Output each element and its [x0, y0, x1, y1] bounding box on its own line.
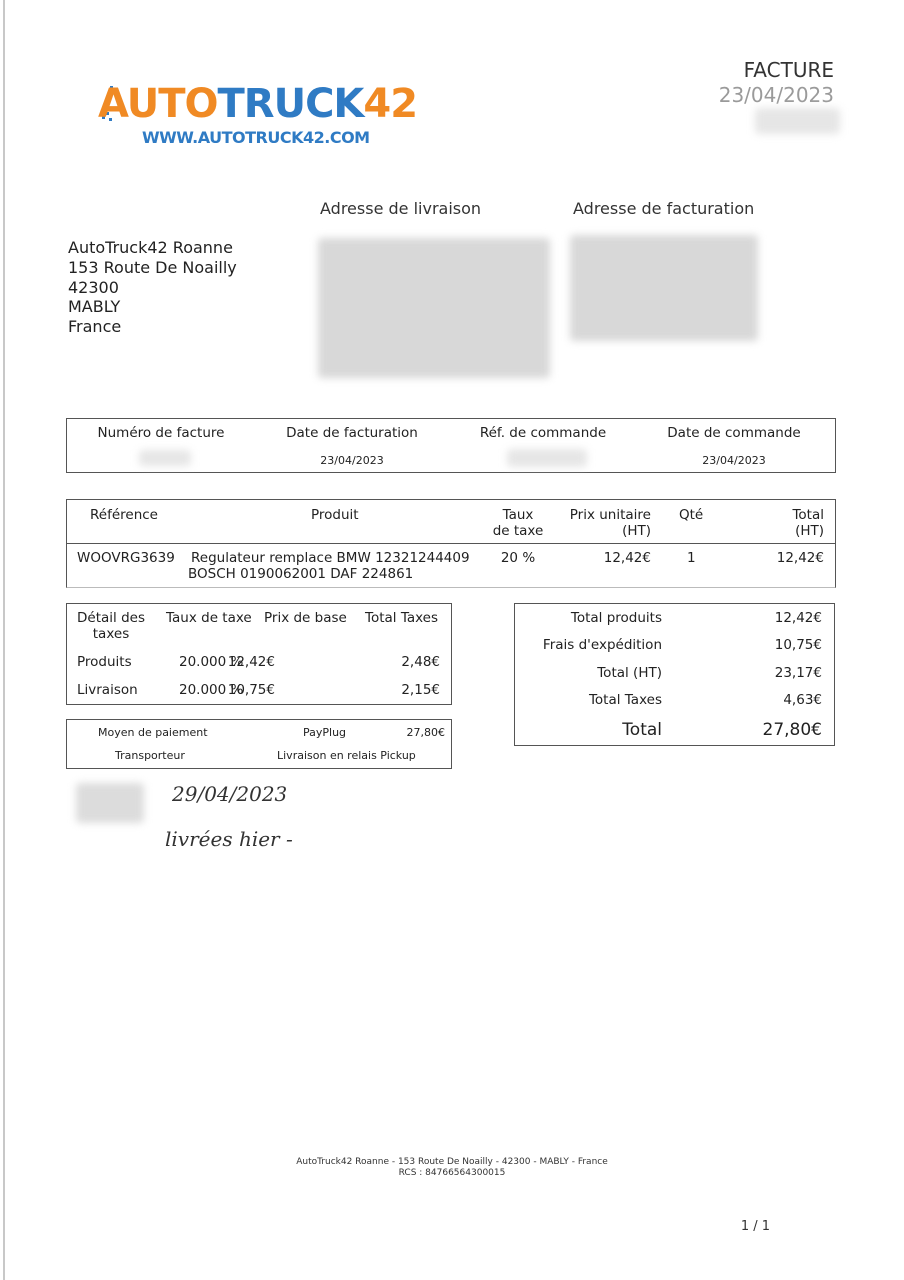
- page-number: 1 / 1: [741, 1219, 770, 1234]
- col-qty: Qté: [679, 507, 703, 523]
- scan-edge: [3, 0, 5, 1280]
- footer-rcs: RCS : 84766564300015: [0, 1168, 904, 1179]
- company-logo: AUTOTRUCK42 WWW.AUTOTRUCK42.COM: [98, 80, 428, 155]
- payment-method-value: PayPlug: [303, 726, 346, 739]
- tax-row-label: Produits: [77, 654, 132, 670]
- payment-method-label: Moyen de paiement: [98, 726, 208, 739]
- carrier-value: Livraison en relais Pickup: [277, 749, 416, 762]
- tax-row-label: Livraison: [77, 682, 138, 698]
- shop-name: AutoTruck42 Roanne: [68, 238, 237, 258]
- tax-row-total: 2,15€: [401, 682, 440, 698]
- invoice-date-header: Date de facturation: [257, 425, 447, 441]
- footer: AutoTruck42 Roanne - 153 Route De Noaill…: [0, 1157, 904, 1179]
- logo-wordmark: AUTOTRUCK42: [98, 80, 417, 128]
- col-product: Produit: [311, 507, 359, 523]
- order-date-header: Date de commande: [639, 425, 829, 441]
- row-tax-rate: 20 %: [487, 550, 549, 566]
- payment-box: Moyen de paiement PayPlug 27,80€ Transpo…: [66, 719, 452, 769]
- handwritten-date: 29/04/2023: [172, 782, 287, 806]
- tax-row-base: 10,75€: [228, 682, 275, 698]
- redacted-order-ref-value: [507, 449, 587, 467]
- tax-detail-table: Détail destaxes Taux de taxe Prix de bas…: [66, 603, 452, 705]
- invoice-date-value: 23/04/2023: [257, 454, 447, 467]
- logo-url: WWW.AUTOTRUCK42.COM: [142, 128, 370, 147]
- row-product: Regulateur remplace BMW 12321244409 BOSC…: [191, 550, 470, 582]
- payment-amount: 27,80€: [407, 726, 446, 739]
- billing-address-heading: Adresse de facturation: [573, 199, 754, 218]
- grand-total-label: Total: [622, 720, 662, 740]
- redacted-delivery-address: [318, 238, 550, 378]
- col-tax-detail: Détail destaxes: [75, 610, 147, 642]
- handwritten-note: livrées hier -: [165, 827, 293, 851]
- delivery-address-heading: Adresse de livraison: [320, 199, 481, 218]
- row-reference: WOOVRG3639: [77, 550, 175, 566]
- document-title: FACTURE: [744, 58, 834, 82]
- shop-address: AutoTruck42 Roanne 153 Route De Noailly …: [68, 238, 237, 337]
- col-tax-rate: Taux de taxe: [166, 610, 252, 626]
- col-total: Total(HT): [792, 507, 824, 539]
- row-unit-price: 12,42€: [557, 550, 651, 566]
- invoice-number-header: Numéro de facture: [66, 425, 256, 441]
- total-ht-value: 23,17€: [775, 665, 822, 681]
- col-total-taxes: Total Taxes: [365, 610, 438, 626]
- redacted-signature: [76, 783, 144, 823]
- col-base-price: Prix de base: [264, 610, 347, 626]
- shipping-value: 10,75€: [775, 637, 822, 653]
- shop-street: 153 Route De Noailly: [68, 258, 237, 278]
- row-total: 12,42€: [777, 550, 824, 566]
- total-taxes-label: Total Taxes: [589, 692, 662, 708]
- shipping-label: Frais d'expédition: [543, 637, 662, 653]
- shop-city: MABLY: [68, 297, 237, 317]
- shop-country: France: [68, 317, 237, 337]
- order-ref-header: Réf. de commande: [448, 425, 638, 441]
- footer-address: AutoTruck42 Roanne - 153 Route De Noaill…: [0, 1157, 904, 1168]
- invoice-info-box: Numéro de facture Date de facturation Ré…: [66, 418, 836, 473]
- col-tax-rate: Tauxde taxe: [487, 507, 549, 539]
- total-ht-label: Total (HT): [597, 665, 662, 681]
- tax-row-total: 2,48€: [401, 654, 440, 670]
- document-date: 23/04/2023: [719, 83, 834, 107]
- redacted-billing-address: [570, 235, 758, 341]
- redacted-invoice-number-value: [139, 450, 191, 466]
- total-products-value: 12,42€: [775, 610, 822, 626]
- shop-postcode: 42300: [68, 278, 237, 298]
- totals-box: Total produits 12,42€ Frais d'expédition…: [514, 603, 835, 746]
- total-products-label: Total produits: [571, 610, 662, 626]
- redacted-invoice-number: [755, 108, 840, 134]
- col-unit-price: Prix unitaire(HT): [557, 507, 651, 539]
- grand-total-value: 27,80€: [763, 720, 822, 740]
- total-taxes-value: 4,63€: [783, 692, 822, 708]
- table-divider: [67, 543, 835, 544]
- col-reference: Référence: [90, 507, 158, 523]
- row-qty: 1: [687, 550, 696, 566]
- carrier-label: Transporteur: [115, 749, 185, 762]
- products-table: Référence Produit Tauxde taxe Prix unita…: [66, 499, 836, 588]
- order-date-value: 23/04/2023: [639, 454, 829, 467]
- tax-row-base: 12,42€: [228, 654, 275, 670]
